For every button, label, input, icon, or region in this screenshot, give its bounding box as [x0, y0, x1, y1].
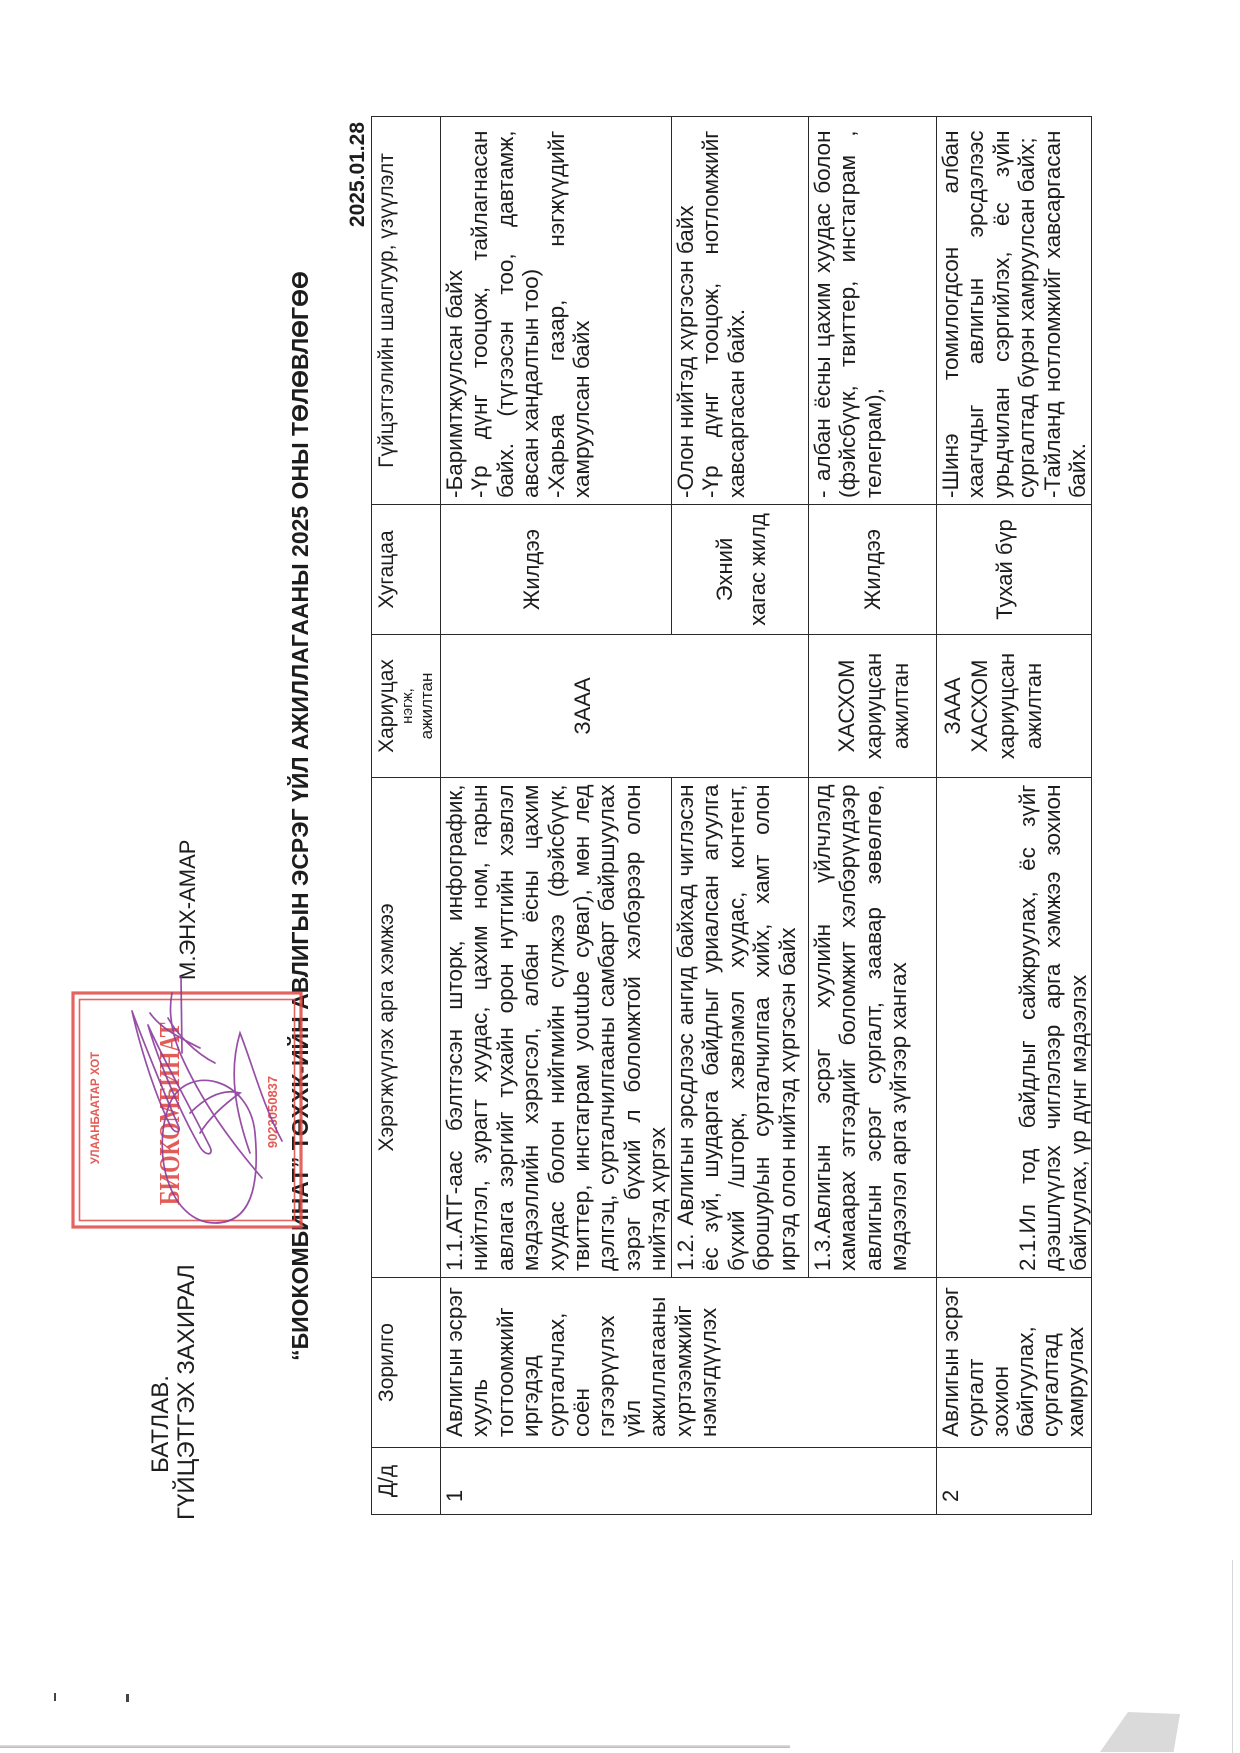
signatory-name: М.ЭНХ-АМАР [175, 840, 201, 981]
scan-speck [126, 1694, 129, 1702]
row-goal: Авлигын эсрэг хууль тогтоомжийг иргэдэд … [441, 1278, 937, 1448]
criteria-cell: -Олон нийтэд хүргэсэн байх -Үр дүнг тооц… [672, 117, 809, 505]
deadline-cell: Жилдээ [809, 505, 937, 635]
row-number: 2 [937, 1448, 1092, 1515]
header-responsible-sub2: ажилтан [417, 641, 437, 771]
deadline-cell: Тухай бүр [937, 505, 1092, 635]
criteria-cell: -Баримтжуулсан байх -Үр дүнг тооцож, тай… [441, 117, 672, 505]
document-date: 2025.01.28 [345, 122, 371, 322]
header-responsible-sub1: нэгж, [399, 641, 417, 771]
scan-edge-right [1232, 1560, 1233, 1753]
header-responsible: Хариуцах нэгж, ажилтан [372, 635, 441, 778]
measure-cell: 1.3.Авлигын эсрэг хуулийн үйлчлэлд хамаа… [809, 778, 937, 1278]
stamp-company: БИОКОМБИНАТ [155, 989, 187, 1239]
header-no: Д/д [372, 1448, 441, 1515]
row-number: 1 [441, 1448, 937, 1515]
header-deadline: Хугацаа [372, 505, 441, 635]
header-measure: Хэрэгжүүлэх арга хэмжээ [372, 778, 441, 1278]
approval-label: БАТЛАВ. [147, 1375, 175, 1473]
header-responsible-main: Хариуцах [375, 641, 399, 771]
table-row: 2 Авлигын эсрэг сургалт зохион байгуулах… [937, 117, 1092, 1515]
header-criteria: Гүйцэтгэлийн шалгуур, үзүүлэлт [372, 117, 441, 505]
plan-table: Д/д Зорилго Хэрэгжүүлэх арга хэмжээ Хари… [371, 116, 1092, 1515]
measure-cell: 2.1.Ил тод байдлыг сайжруулах, ёс зүйг д… [937, 778, 1092, 1278]
measure-cell: 1.2. Авлигын эрсдлээс ангид байхад чиглэ… [672, 778, 809, 1278]
scanned-page: БАТЛАВ. ГҮЙЦЭТГЭХ ЗАХИРАЛ М.ЭНХ-АМАР УЛА… [0, 0, 1240, 1753]
table-header-row: Д/д Зорилго Хэрэгжүүлэх арга хэмжээ Хари… [372, 117, 441, 1515]
header-goal: Зорилго [372, 1278, 441, 1448]
criteria-cell: -Шинэ томилогдсон албан хаагчдыг авлигын… [937, 117, 1092, 505]
stamp-registration-number: 9023050837 [265, 1042, 281, 1182]
responsible-cell: ЗААА [441, 635, 809, 778]
measure-cell: 1.1.АТГ-аас бэлтгэсэн шторк, инфографик,… [441, 778, 672, 1278]
responsible-cell: ХАСХОМ хариуцсан ажилтан [809, 635, 937, 778]
landscape-sheet: БАТЛАВ. ГҮЙЦЭТГЭХ ЗАХИРАЛ М.ЭНХ-АМАР УЛА… [0, 0, 1240, 1753]
scan-speck [54, 1693, 56, 1701]
scan-edge-bottom [0, 1745, 790, 1748]
criteria-cell: - албан ёсны цахим хуудас болон (фэйсбүү… [809, 117, 937, 505]
stamp-city: УЛААНБААТАР ХОТ [89, 1023, 103, 1193]
deadline-cell: Эхний хагас жилд [672, 505, 809, 635]
document-title: “БИОКОМБИНАТ” ТӨХХК-ИЙН АВЛИГЫН ЭСРЭГ ҮЙ… [286, 117, 314, 1515]
row-goal: Авлигын эсрэг сургалт зохион байгуулах, … [937, 1278, 1092, 1448]
responsible-cell: ЗААА ХАСХОМ хариуцсан ажилтан [937, 635, 1092, 778]
stamp-company-text: БИОКОМБИНАТ [155, 1023, 187, 1206]
approver-position: ГҮЙЦЭТГЭХ ЗАХИРАЛ [173, 1264, 201, 1520]
deadline-cell: Жилдээ [441, 505, 672, 635]
table-row: 1 Авлигын эсрэг хууль тогтоомжийг иргэдэ… [441, 117, 672, 1515]
